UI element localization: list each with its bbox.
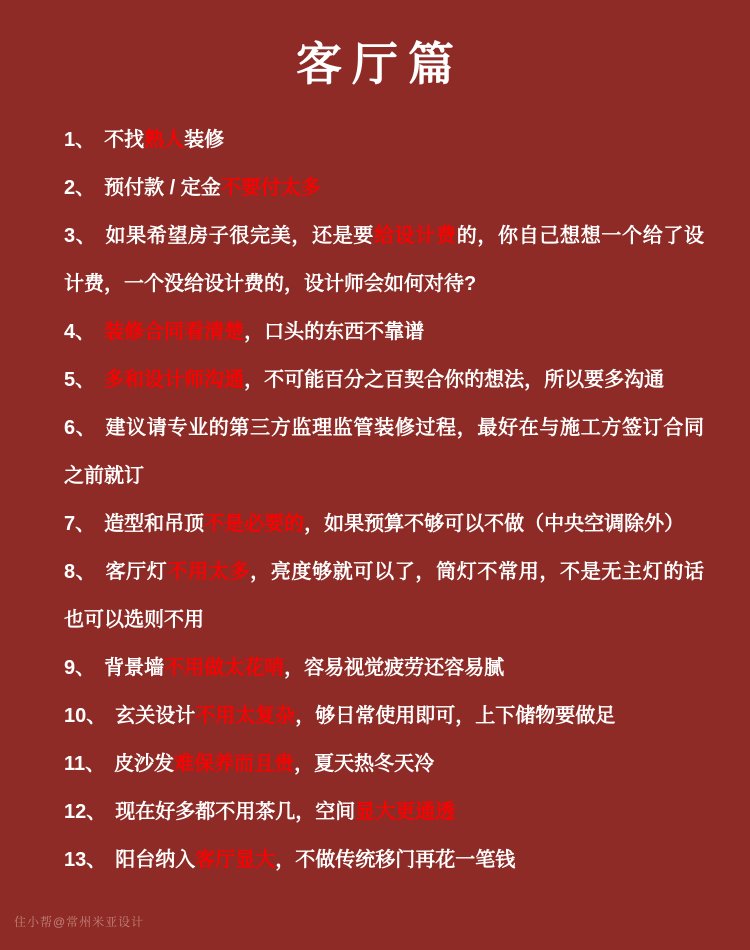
list-item: 2、预付款 / 定金不要付太多: [64, 164, 704, 212]
item-text: 预付款 / 定金: [104, 177, 221, 199]
list-item: 1、不找熟人装修: [64, 116, 704, 164]
list-item: 7、造型和吊顶不是必要的，如果预算不够可以不做（中央空调除外）: [64, 500, 704, 548]
item-text: 玄关设计: [115, 705, 195, 727]
item-number: 11、: [64, 753, 105, 775]
item-number: 6、: [64, 417, 96, 439]
item-number: 13、: [64, 849, 106, 871]
list-item: 12、现在好多都不用茶几，空间显大更通透: [64, 788, 704, 836]
list-item: 9、背景墙不用做太花哨，容易视觉疲劳还容易腻: [64, 644, 704, 692]
item-number: 12、: [64, 801, 106, 823]
item-text: ，不可能百分之百契合你的想法，所以要多沟通: [244, 369, 664, 391]
item-text: 不找: [104, 129, 144, 151]
item-number: 3、: [64, 225, 96, 247]
item-text: 背景墙: [104, 657, 164, 679]
item-text: 客厅灯: [105, 561, 167, 583]
highlight-text: 不是必要的: [204, 513, 304, 535]
highlight-text: 显大更通透: [355, 801, 455, 823]
highlight-text: 熟人: [144, 129, 184, 151]
tips-list: 1、不找熟人装修2、预付款 / 定金不要付太多3、如果希望房子很完美，还是要给设…: [64, 116, 704, 884]
list-item: 3、如果希望房子很完美，还是要给设计费的，你自己想想一个给了设计费，一个没给设计…: [64, 212, 704, 308]
item-text: ，不做传统移门再花一笔钱: [275, 849, 515, 871]
highlight-text: 给设计费: [374, 225, 457, 247]
item-text: ，如果预算不够可以不做（中央空调除外）: [304, 513, 684, 535]
highlight-text: 难保养而且贵: [174, 753, 294, 775]
item-text: 皮沙发: [114, 753, 174, 775]
item-number: 1、: [64, 129, 95, 151]
item-text: ，口头的东西不靠谱: [244, 321, 424, 343]
watermark: 住小帮@常州米亚设计: [14, 913, 144, 930]
highlight-text: 不用太复杂: [195, 705, 295, 727]
item-text: 阳台纳入: [115, 849, 195, 871]
item-number: 2、: [64, 177, 95, 199]
item-number: 10、: [64, 705, 106, 727]
list-item: 5、多和设计师沟通，不可能百分之百契合你的想法，所以要多沟通: [64, 356, 704, 404]
item-text: 造型和吊顶: [104, 513, 204, 535]
highlight-text: 不用太多: [167, 561, 250, 583]
highlight-text: 装修合同看清楚: [104, 321, 244, 343]
item-text: 如果希望房子很完美，还是要: [105, 225, 374, 247]
item-text: ，夏天热冬天冷: [294, 753, 434, 775]
poster: 客厅篇 1、不找熟人装修2、预付款 / 定金不要付太多3、如果希望房子很完美，还…: [0, 0, 750, 94]
highlight-text: 客厅显大: [195, 849, 275, 871]
highlight-text: 不用做太花哨: [164, 657, 284, 679]
item-text: 建议请专业的第三方监理监管装修过程，最好在与施工方签订合同之前就订: [64, 417, 704, 487]
item-number: 7、: [64, 513, 95, 535]
item-text: ，够日常使用即可，上下储物要做足: [295, 705, 615, 727]
highlight-text: 不要付太多: [221, 177, 321, 199]
list-item: 6、建议请专业的第三方监理监管装修过程，最好在与施工方签订合同之前就订: [64, 404, 704, 500]
page-title: 客厅篇: [0, 0, 750, 94]
item-text: 装修: [184, 129, 224, 151]
item-text: ，容易视觉疲劳还容易腻: [284, 657, 504, 679]
list-item: 10、玄关设计不用太复杂，够日常使用即可，上下储物要做足: [64, 692, 704, 740]
highlight-text: 多和设计师沟通: [104, 369, 244, 391]
item-text: 现在好多都不用茶几，空间: [115, 801, 355, 823]
item-number: 5、: [64, 369, 95, 391]
list-item: 13、阳台纳入客厅显大，不做传统移门再花一笔钱: [64, 836, 704, 884]
item-number: 9、: [64, 657, 95, 679]
list-item: 11、皮沙发难保养而且贵，夏天热冬天冷: [64, 740, 704, 788]
list-item: 4、装修合同看清楚，口头的东西不靠谱: [64, 308, 704, 356]
item-number: 4、: [64, 321, 95, 343]
list-item: 8、客厅灯不用太多，亮度够就可以了，筒灯不常用，不是无主灯的话也可以选则不用: [64, 548, 704, 644]
item-number: 8、: [64, 561, 96, 583]
